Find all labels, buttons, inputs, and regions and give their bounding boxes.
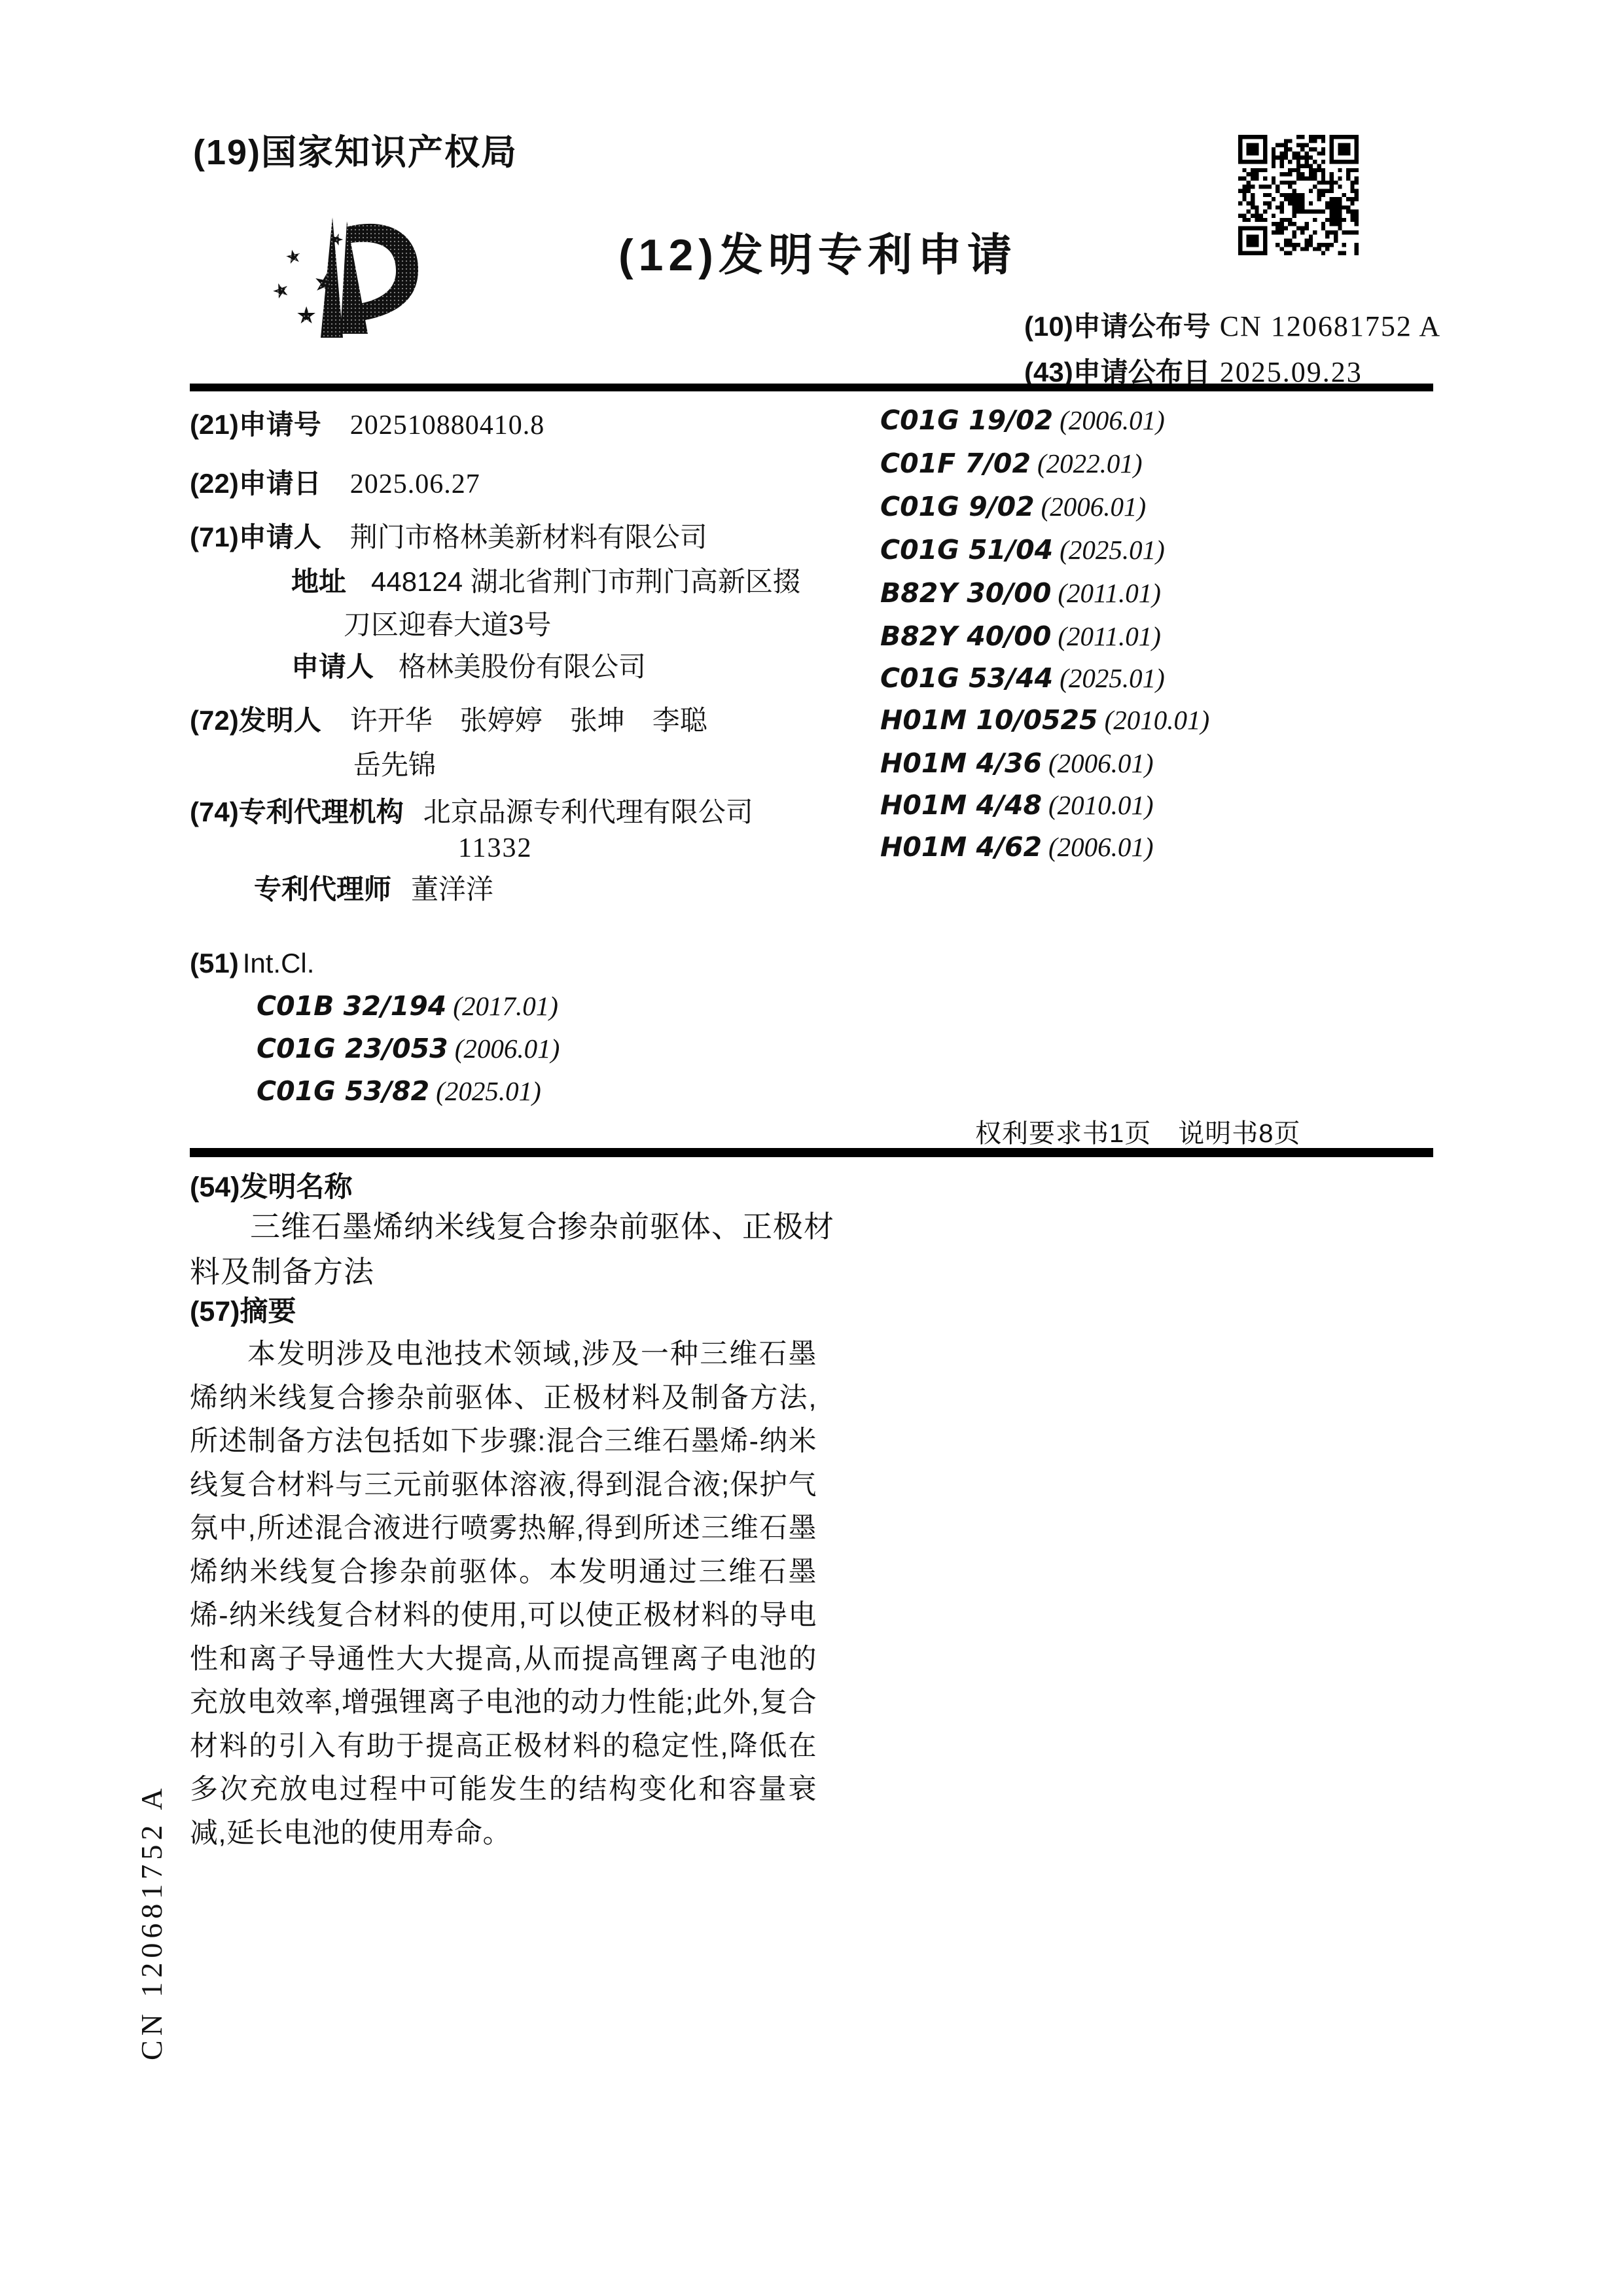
pub-number-label: (10)申请公布号 xyxy=(1024,311,1211,342)
agent-row: 专利代理师董洋洋 xyxy=(254,868,493,907)
ipc-item-right: B82Y 40/00(2011.01) xyxy=(880,620,1161,652)
ipc-code: C01G 19/02 xyxy=(880,404,1053,436)
logo-star: ★ xyxy=(296,302,317,329)
side-publication-code: CN 120681752 A xyxy=(134,1785,169,2060)
ipc-item-left: C01B 32/194(2017.01) xyxy=(257,990,558,1022)
invention-title-label: (54)发明名称 xyxy=(190,1165,352,1205)
ipc-version: (2010.01) xyxy=(1105,705,1210,735)
address-line2: 刀区迎春大道3号 xyxy=(344,609,551,640)
ipc-version: (2006.01) xyxy=(1048,748,1154,778)
ipc-version: (2006.01) xyxy=(1041,492,1147,522)
ipc-version: (2006.01) xyxy=(1060,405,1165,435)
doc-type-title: (12)发明专利申请 xyxy=(618,220,1017,283)
intcl-row: (51)Int.Cl. xyxy=(190,948,314,979)
ipc-version: (2011.01) xyxy=(1058,621,1161,651)
ipc-code: C01G 53/44 xyxy=(880,662,1053,694)
ipc-code: B82Y 30/00 xyxy=(880,577,1051,609)
invention-title: 三维石墨烯纳米线复合掺杂前驱体、正极材料及制备方法 xyxy=(190,1204,851,1295)
ipc-version: (2025.01) xyxy=(436,1076,541,1106)
address-row: 地址448124 湖北省荆门市荆门高新区掇 xyxy=(291,560,800,600)
ipc-code: H01M 4/48 xyxy=(880,789,1042,821)
address-label: 地址 xyxy=(291,566,346,597)
app-date-value: 2025.06.27 xyxy=(350,469,480,499)
ipc-code: C01F 7/02 xyxy=(880,448,1031,479)
inventors-line2: 岳先锦 xyxy=(353,749,436,780)
ipc-item-right: H01M 4/36(2006.01) xyxy=(880,747,1154,779)
applicant-label: (71)申请人 xyxy=(190,522,321,552)
pages-info: 权利要求书1页 说明书8页 xyxy=(975,1113,1301,1150)
inventors-row-2: 岳先锦 xyxy=(353,744,436,783)
patent-front-page: (19)国家知识产权局 ★ ★ ★ ★ ★ (12)发明专利申请 (10)申请公… xyxy=(0,0,1623,2296)
applicant2-value: 格林美股份有限公司 xyxy=(399,651,646,682)
ipc-code: H01M 4/36 xyxy=(880,747,1042,779)
divider-main xyxy=(190,1148,1433,1157)
ipc-code: C01G 9/02 xyxy=(880,491,1035,522)
ipc-item-right: H01M 4/62(2006.01) xyxy=(880,831,1154,863)
ipc-item-right: H01M 4/48(2010.01) xyxy=(880,789,1154,821)
agent-label: 专利代理师 xyxy=(254,874,391,905)
ipc-item-left: C01G 53/82(2025.01) xyxy=(257,1075,541,1107)
ipc-code: C01B 32/194 xyxy=(257,990,446,1022)
app-number-value: 202510880410.8 xyxy=(350,410,545,440)
ipc-item-right: H01M 10/0525(2010.01) xyxy=(880,704,1209,736)
applicant2-row: 申请人格林美股份有限公司 xyxy=(291,645,646,685)
applicant-row: (71)申请人荆门市格林美新材料有限公司 xyxy=(190,516,707,555)
ipc-version: (2006.01) xyxy=(1048,832,1154,862)
ipc-version: (2025.01) xyxy=(1060,535,1165,565)
ipc-item-right: C01F 7/02(2022.01) xyxy=(880,448,1143,479)
applicant2-label: 申请人 xyxy=(291,651,374,682)
cnipa-logo: ★ ★ ★ ★ ★ xyxy=(255,208,425,360)
ipc-item-right: B82Y 30/00(2011.01) xyxy=(880,577,1161,609)
logo-star: ★ xyxy=(269,278,293,304)
ipc-version: (2017.01) xyxy=(453,991,558,1021)
applicant-value: 荆门市格林美新材料有限公司 xyxy=(350,522,707,552)
pub-number-row: (10)申请公布号CN 120681752 A xyxy=(1024,305,1441,344)
intcl-label: Int.Cl. xyxy=(243,948,315,978)
pub-date-label: (43)申请公布日 xyxy=(1024,357,1211,387)
app-date-row: (22)申请日2025.06.27 xyxy=(190,462,480,501)
ipc-item-right: C01G 9/02(2006.01) xyxy=(880,491,1146,522)
app-number-row: (21)申请号202510880410.8 xyxy=(190,403,544,442)
abstract-text: 本发明涉及电池技术领域,涉及一种三维石墨烯纳米线复合掺杂前驱体、正极材料及制备方… xyxy=(190,1333,817,1855)
ipc-version: (2022.01) xyxy=(1037,448,1143,478)
inventors-line1: 许开华 张婷婷 张坤 李聪 xyxy=(350,705,707,736)
agency-code: 11332 xyxy=(458,833,532,864)
agency-value: 北京品源专利代理有限公司 xyxy=(423,797,753,827)
ipc-code: C01G 53/82 xyxy=(257,1075,429,1107)
agent-value: 董洋洋 xyxy=(411,874,493,905)
ipc-version: (2025.01) xyxy=(1060,663,1165,693)
ipc-code: H01M 4/62 xyxy=(880,831,1042,863)
ipc-item-right: C01G 53/44(2025.01) xyxy=(880,662,1165,694)
abstract-label: (57)摘要 xyxy=(190,1289,296,1329)
address-row-2: 刀区迎春大道3号 xyxy=(344,603,551,643)
ipc-code: H01M 10/0525 xyxy=(880,704,1098,736)
inventors-label: (72)发明人 xyxy=(190,705,321,736)
divider-top xyxy=(190,384,1433,391)
logo-p-bowl xyxy=(347,224,418,322)
agency-label: (74)专利代理机构 xyxy=(190,797,404,827)
ipc-code: C01G 23/053 xyxy=(257,1033,448,1064)
ipc-item-left: C01G 23/053(2006.01) xyxy=(257,1033,560,1064)
ipc-version: (2011.01) xyxy=(1058,578,1161,608)
app-number-label: (21)申请号 xyxy=(190,409,321,440)
address-line1: 448124 湖北省荆门市荆门高新区掇 xyxy=(371,566,800,597)
ipc-version: (2006.01) xyxy=(455,1033,560,1064)
app-date-label: (22)申请日 xyxy=(190,468,321,499)
ipc-version: (2010.01) xyxy=(1048,790,1154,820)
intcl-number: (51) xyxy=(190,948,239,978)
logo-star: ★ xyxy=(283,245,304,268)
ipc-code: C01G 51/04 xyxy=(880,534,1053,565)
agency-row: (74)专利代理机构北京品源专利代理有限公司 xyxy=(190,791,753,830)
qr-code xyxy=(1238,135,1359,255)
pub-number-value: CN 120681752 A xyxy=(1220,310,1441,342)
ipc-code: B82Y 40/00 xyxy=(880,620,1051,652)
ipc-item-right: C01G 19/02(2006.01) xyxy=(880,404,1165,436)
inventors-row: (72)发明人许开华 张婷婷 张坤 李聪 xyxy=(190,699,707,738)
office-name: (19)国家知识产权局 xyxy=(193,124,518,175)
ipc-item-right: C01G 51/04(2025.01) xyxy=(880,534,1165,565)
